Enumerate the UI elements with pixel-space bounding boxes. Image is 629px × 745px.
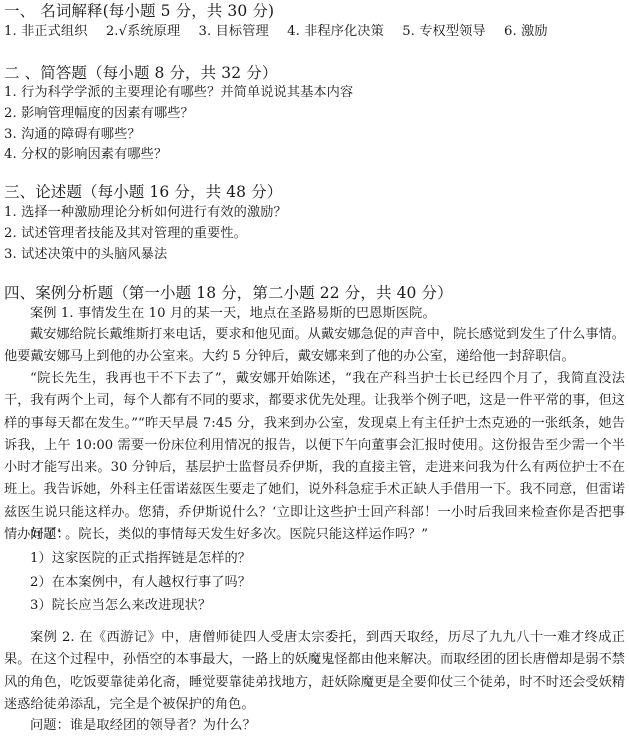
term-3: 3. 目标管理 [199,24,269,39]
section3-heading: 三、论述题（每小题 16 分，共 48 分） [4,183,282,201]
term-6: 6. 激励 [504,24,548,39]
case1-question: 1）这家医院的正式指挥链是怎样的？ [30,551,251,567]
section2-item: 4. 分权的影响因素有哪些？ [4,147,167,163]
section3-item: 1. 选择一种激励理论分析如何进行有效的激励？ [4,205,287,221]
case2-question: 问题：谁是取经团的领导者？为什么？ [30,718,256,734]
term-5: 5. 专权型领导 [402,24,486,39]
section2-heading: 二 、简答题（每小题 8 分，共 32 分） [4,64,277,82]
section2-item: 2. 影响管理幅度的因素有哪些？ [4,106,194,122]
section2-item: 3. 沟通的障碍有哪些？ [4,127,141,143]
section1-heading: 一、 名词解释(每小题 5 分，共 30 分) [4,2,274,20]
case1-question-label: 问题： [30,527,70,543]
term-2: 2.√系统原理 [106,24,180,39]
case2-paragraph: 案例 2. 在《西游记》中，唐僧师徒四人受唐太宗委托，到西天取经，历尽了九九八十… [4,627,625,716]
case1-paragraph-2: “院长先生，我再也干不下去了”，戴安娜开始陈述，“我在产科当护士长已经四个月了，… [4,368,625,546]
case1-question: 3）院长应当怎么来改进现状？ [30,598,211,614]
section3-item: 2. 试述管理者技能及其对管理的重要性。 [4,226,247,242]
case1-question: 2）在本案例中，有人越权行事了吗？ [30,575,251,591]
section2-item: 1. 行为科学学派的主要理论有哪些？并简单说说其基本内容 [4,85,353,101]
case1-paragraph-1: 戴安娜给院长戴维斯打来电话，要求和他见面。从戴安娜急促的声音中，院长感觉到发生了… [4,324,625,369]
case1-intro: 案例 1. 事情发生在 10 月的某一天，地点在圣路易斯的巴恩斯医院。 [30,306,436,322]
section3-item: 3. 试述决策中的头脑风暴法 [4,247,167,263]
term-1: 1. 非正式组织 [4,24,88,39]
term-4: 4. 非程序化决策 [287,24,384,39]
section4-heading: 四、案例分析题（第一小题 18 分，第二小题 22 分，共 40 分） [4,284,453,302]
section1-terms: 1. 非正式组织 2.√系统原理 3. 目标管理 4. 非程序化决策 5. 专权… [4,24,562,40]
